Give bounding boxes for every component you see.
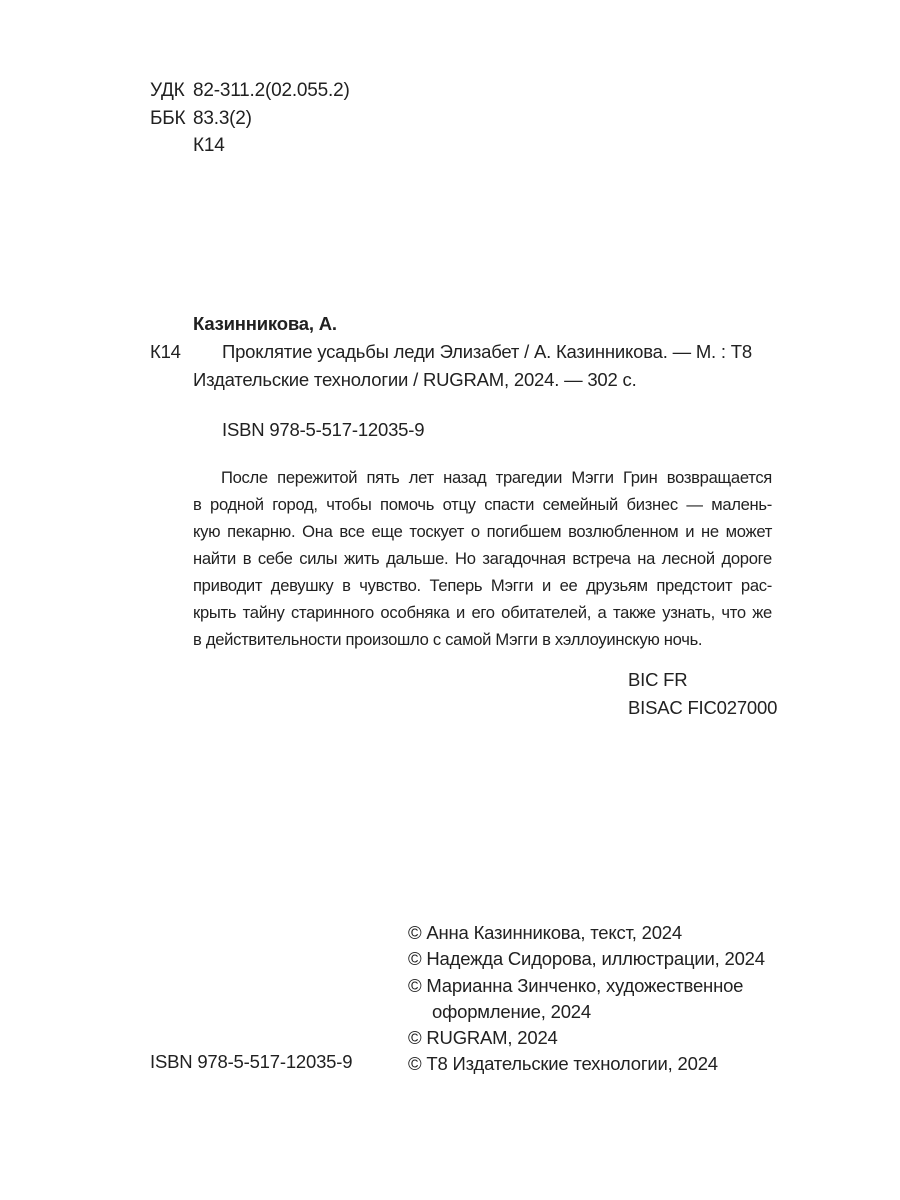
bbk-row: ББК 83.3(2) [150, 105, 350, 133]
annotation-line: крыть тайну старинного особняка и его об… [193, 599, 772, 626]
annotation-paragraph: После пережитой пять лет назад трагедии … [193, 464, 772, 653]
udk-label: УДК [150, 77, 193, 105]
copyright-line: © Надежда Сидорова, иллюстрации, 2024 [408, 946, 765, 972]
bbk-label: ББК [150, 105, 193, 133]
copyright-line: © Марианна Зинченко, художественное [408, 973, 765, 999]
copyright-line: © RUGRAM, 2024 [408, 1025, 765, 1051]
udk-row: УДК 82-311.2(02.055.2) [150, 77, 350, 105]
bic-code: BIC FR [628, 666, 777, 694]
annotation-line: кую пекарню. Она все еще тоскует о погиб… [193, 518, 772, 545]
author-sign-row: К14 [150, 132, 350, 160]
copyright-line: © Анна Казинникова, текст, 2024 [408, 920, 765, 946]
annotation-line: После пережитой пять лет назад трагедии … [193, 464, 772, 491]
annotation-line: в родной город, чтобы помочь отцу спасти… [193, 491, 772, 518]
bib-title-line-1: К14Проклятие усадьбы леди Элизабет / А. … [150, 341, 752, 363]
bib-title-line-2: Издательские технологии / RUGRAM, 2024. … [193, 369, 637, 391]
catalog-codes-block: УДК 82-311.2(02.055.2) ББК 83.3(2) К14 [150, 77, 350, 160]
bisac-code: BISAC FIC027000 [628, 694, 777, 722]
bib-entry-code: К14 [150, 341, 222, 363]
udk-value: 82-311.2(02.055.2) [193, 77, 350, 105]
copyright-line: © Т8 Издательские технологии, 2024 [408, 1051, 765, 1077]
annotation-line: приводит девушку в чувство. Теперь Мэгги… [193, 572, 772, 599]
isbn-line: ISBN 978-5-517-12035-9 [222, 419, 424, 441]
author-sign-code: К14 [193, 132, 225, 160]
author-heading: Казинникова, А. [193, 313, 337, 335]
author-sign-spacer [150, 132, 193, 160]
annotation-line: в действительности произошло с самой Мэг… [193, 626, 772, 653]
footer-isbn: ISBN 978-5-517-12035-9 [150, 1051, 352, 1073]
copyright-line-continuation: оформление, 2024 [408, 999, 765, 1025]
bib-title-text: Проклятие усадьбы леди Элизабет / А. Каз… [222, 341, 752, 362]
book-imprint-page: УДК 82-311.2(02.055.2) ББК 83.3(2) К14 К… [0, 0, 900, 1200]
classification-codes-block: BIC FR BISAC FIC027000 [628, 666, 777, 721]
copyright-list: © Анна Казинникова, текст, 2024 © Надежд… [408, 920, 765, 1078]
annotation-line: найти в себе силы жить дальше. Но загадо… [193, 545, 772, 572]
bbk-value: 83.3(2) [193, 105, 252, 133]
